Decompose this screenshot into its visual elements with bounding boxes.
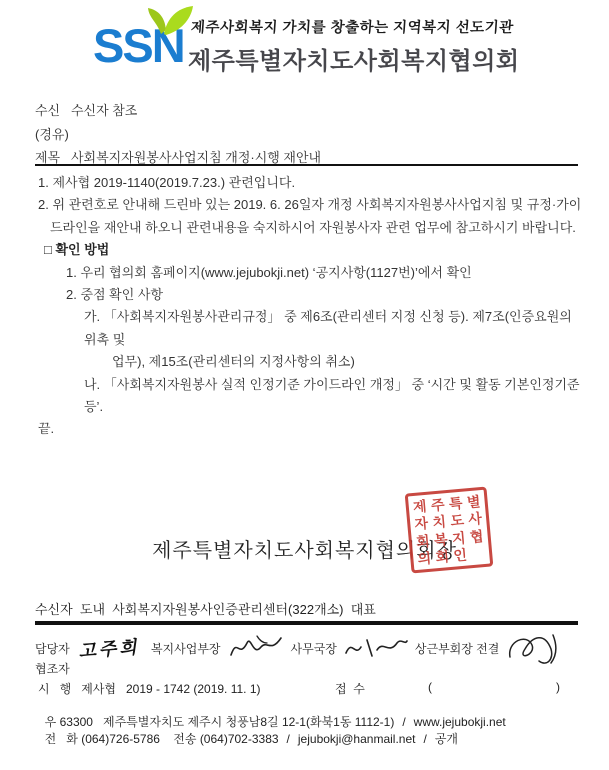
vice-chair-signature-icon	[505, 633, 561, 663]
recipient-line: 수신 수신자 참조	[35, 100, 137, 119]
receipt-label: 접 수	[335, 680, 365, 697]
check-item-2-ga-line1: 가. 「사회복지자원봉사관리규정」 중 제6조(관리센터 지정 신청 등). 제…	[38, 306, 586, 351]
approval-row: 담당자 고주희 복지사업부장 사무국장 상근부회장 전결	[35, 633, 590, 663]
email-text: jejubokji@hanmail.net	[298, 732, 416, 746]
cooperator-label: 협조자	[35, 660, 70, 677]
via-line: (경유)	[35, 124, 69, 143]
check-item-2-ga-line2: 업무), 제15조(관리센터의 지정사항의 취소)	[38, 351, 586, 373]
fax-label: 전송	[173, 732, 196, 746]
leaf-sprout-icon	[147, 6, 197, 36]
dept-head-signature-icon	[227, 633, 285, 663]
fax-number: (064)702-3383	[200, 732, 279, 746]
body-para1: 1. 제사협 2019-1140(2019.7.23.) 관련입니다.	[38, 172, 586, 194]
official-document: { "header": { "logo_text": "SSN", "sloga…	[0, 0, 609, 770]
check-item-2-na: 나. 「사회복지자원봉사 실적 인정기준 가이드라인 개정」 중 ‘시간 및 활…	[38, 374, 586, 419]
check-method-header: □ 확인 방법	[38, 239, 586, 261]
body-para2-line1: 2. 위 관련호로 안내해 드린바 있는 2019. 6. 26일자 개정 사회…	[38, 194, 586, 216]
vice-chair-label: 상근부회장 전결	[415, 640, 499, 657]
drafter-label: 담당자	[35, 640, 70, 657]
dept-head-label: 복지사업부장	[151, 640, 221, 657]
contact-row: 전 화 (064)726-5786 전송 (064)702-3383/jejub…	[38, 716, 458, 747]
final-recipients-line: 수신자 도내 사회복지자원봉사인증관리센터(322개소) 대표	[35, 599, 376, 618]
subject-divider	[35, 164, 578, 166]
secretary-general-signature-icon	[343, 635, 409, 661]
drafter-signature: 고주희	[78, 633, 143, 664]
approval-divider	[35, 621, 578, 625]
official-seal: 제 주 특 별 자 치 도 사 회 복 지 협 의 회 인	[405, 487, 494, 574]
org-name: 제주특별자치도사회복지협의회	[188, 41, 520, 76]
document-body: 1. 제사협 2019-1140(2019.7.23.) 관련입니다. 2. 위…	[38, 172, 586, 441]
check-item-1: 1. 우리 협의회 홈페이지(www.jejubokji.net) ‘공지사항(…	[38, 262, 586, 284]
issuer-title: 제주특별자치도사회복지협의회장	[0, 534, 609, 563]
enforce-line: 시 행 제사협 2019 - 1742 (2019. 11. 1)	[38, 680, 261, 697]
check-item-2: 2. 중점 확인 사항	[38, 284, 586, 306]
secretary-general-label: 사무국장	[291, 640, 337, 657]
body-para2-line2: 드라인을 재안내 하오니 관련내용을 숙지하시어 자원봉사자 관련 업무에 참고…	[38, 217, 586, 239]
receipt-paren-open: (	[428, 680, 432, 694]
tel-number: (064)726-5786	[81, 732, 160, 746]
receipt-paren-close: )	[556, 680, 560, 694]
org-slogan: 제주사회복지 가치를 창출하는 지역복지 선도기관	[190, 16, 514, 37]
disclosure-label: 공개	[435, 732, 458, 746]
end-mark: 끝.	[38, 418, 586, 440]
tel-label: 전 화	[45, 732, 78, 746]
